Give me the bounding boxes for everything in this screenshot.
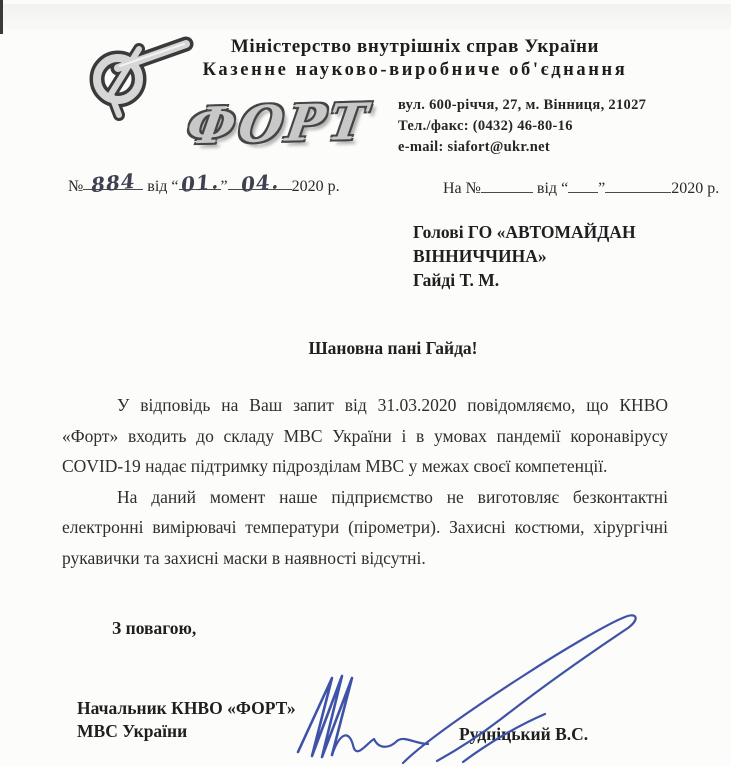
contact-email: e-mail: siafort@ukr.net xyxy=(398,137,646,158)
letter-body: У відповідь на Ваш запит від 31.03.2020 … xyxy=(62,390,668,573)
incoming-reference-line: На № від “”2020 р. xyxy=(443,175,719,198)
body-line: COVID-19 надає підтримку підрозділам МВС… xyxy=(62,451,668,482)
contact-address: вул. 600-річчя, 27, м. Вінниця, 21027 xyxy=(398,95,646,116)
month-underline: 04. xyxy=(228,172,292,190)
signer-title-line: МВС України xyxy=(77,720,296,743)
body-line: У відповідь на Ваш запит від 31.03.2020 … xyxy=(62,390,668,421)
body-line: «Форт» входить до складу МВС України і в… xyxy=(62,421,668,452)
incoming-quote-close: ” xyxy=(598,180,605,197)
salutation: Шановна пані Гайда! xyxy=(90,338,696,359)
incoming-vid-label: від “ xyxy=(537,180,568,197)
signer-title-block: Начальник КНВО «ФОРТ» МВС України xyxy=(77,697,296,743)
handwritten-outgoing-number: 884 xyxy=(90,169,137,198)
addressee-line: Гайді Т. М. xyxy=(413,268,636,292)
vid-label: від “ xyxy=(147,178,178,195)
quote-close: ” xyxy=(221,178,228,195)
signer-title-line: Начальник КНВО «ФОРТ» xyxy=(77,697,296,720)
closing-regards: З повагою, xyxy=(112,618,196,639)
addressee-block: Голові ГО «АВТОМАЙДАН ВІННИЧЧИНА» Гайді … xyxy=(413,220,636,292)
incoming-month-underline xyxy=(605,175,671,193)
handwritten-month: 04. xyxy=(240,169,280,197)
day-underline: 01. xyxy=(179,172,221,190)
ministry-title: Міністерство внутрішніх справ України xyxy=(205,36,625,58)
incoming-number-underline xyxy=(481,175,533,193)
signer-name: Рудніцький В.С. xyxy=(459,724,588,745)
incoming-day-underline xyxy=(568,175,598,193)
body-line: електронні вимірювачі температури (піром… xyxy=(62,512,668,543)
body-line: На даний момент наше підприємство не виг… xyxy=(62,482,668,513)
organization-title: Казенне науково-виробниче об'єднання xyxy=(190,60,640,81)
incoming-year-label: 2020 р. xyxy=(671,180,719,197)
fort-logo-text: ФОРТ xyxy=(183,92,374,156)
body-line: рукавички та захисні маски в наявності в… xyxy=(62,543,668,574)
incoming-label: На № xyxy=(443,180,481,197)
handwritten-day: 01. xyxy=(179,169,219,197)
scan-shading xyxy=(0,4,731,30)
number-sign: № xyxy=(68,178,83,195)
contact-phone: Тел./факс: (0432) 46-80-16 xyxy=(398,116,646,137)
addressee-line: ВІННИЧЧИНА» xyxy=(413,244,636,268)
outgoing-reference-line: №884 від “01.”04.2020 р. xyxy=(68,172,340,196)
contact-block: вул. 600-річчя, 27, м. Вінниця, 21027 Те… xyxy=(398,95,646,158)
addressee-line: Голові ГО «АВТОМАЙДАН xyxy=(413,220,636,244)
year-label: 2020 р. xyxy=(292,178,340,195)
scan-edge-artifact xyxy=(0,0,3,34)
outgoing-number-underline: 884 xyxy=(83,172,143,190)
